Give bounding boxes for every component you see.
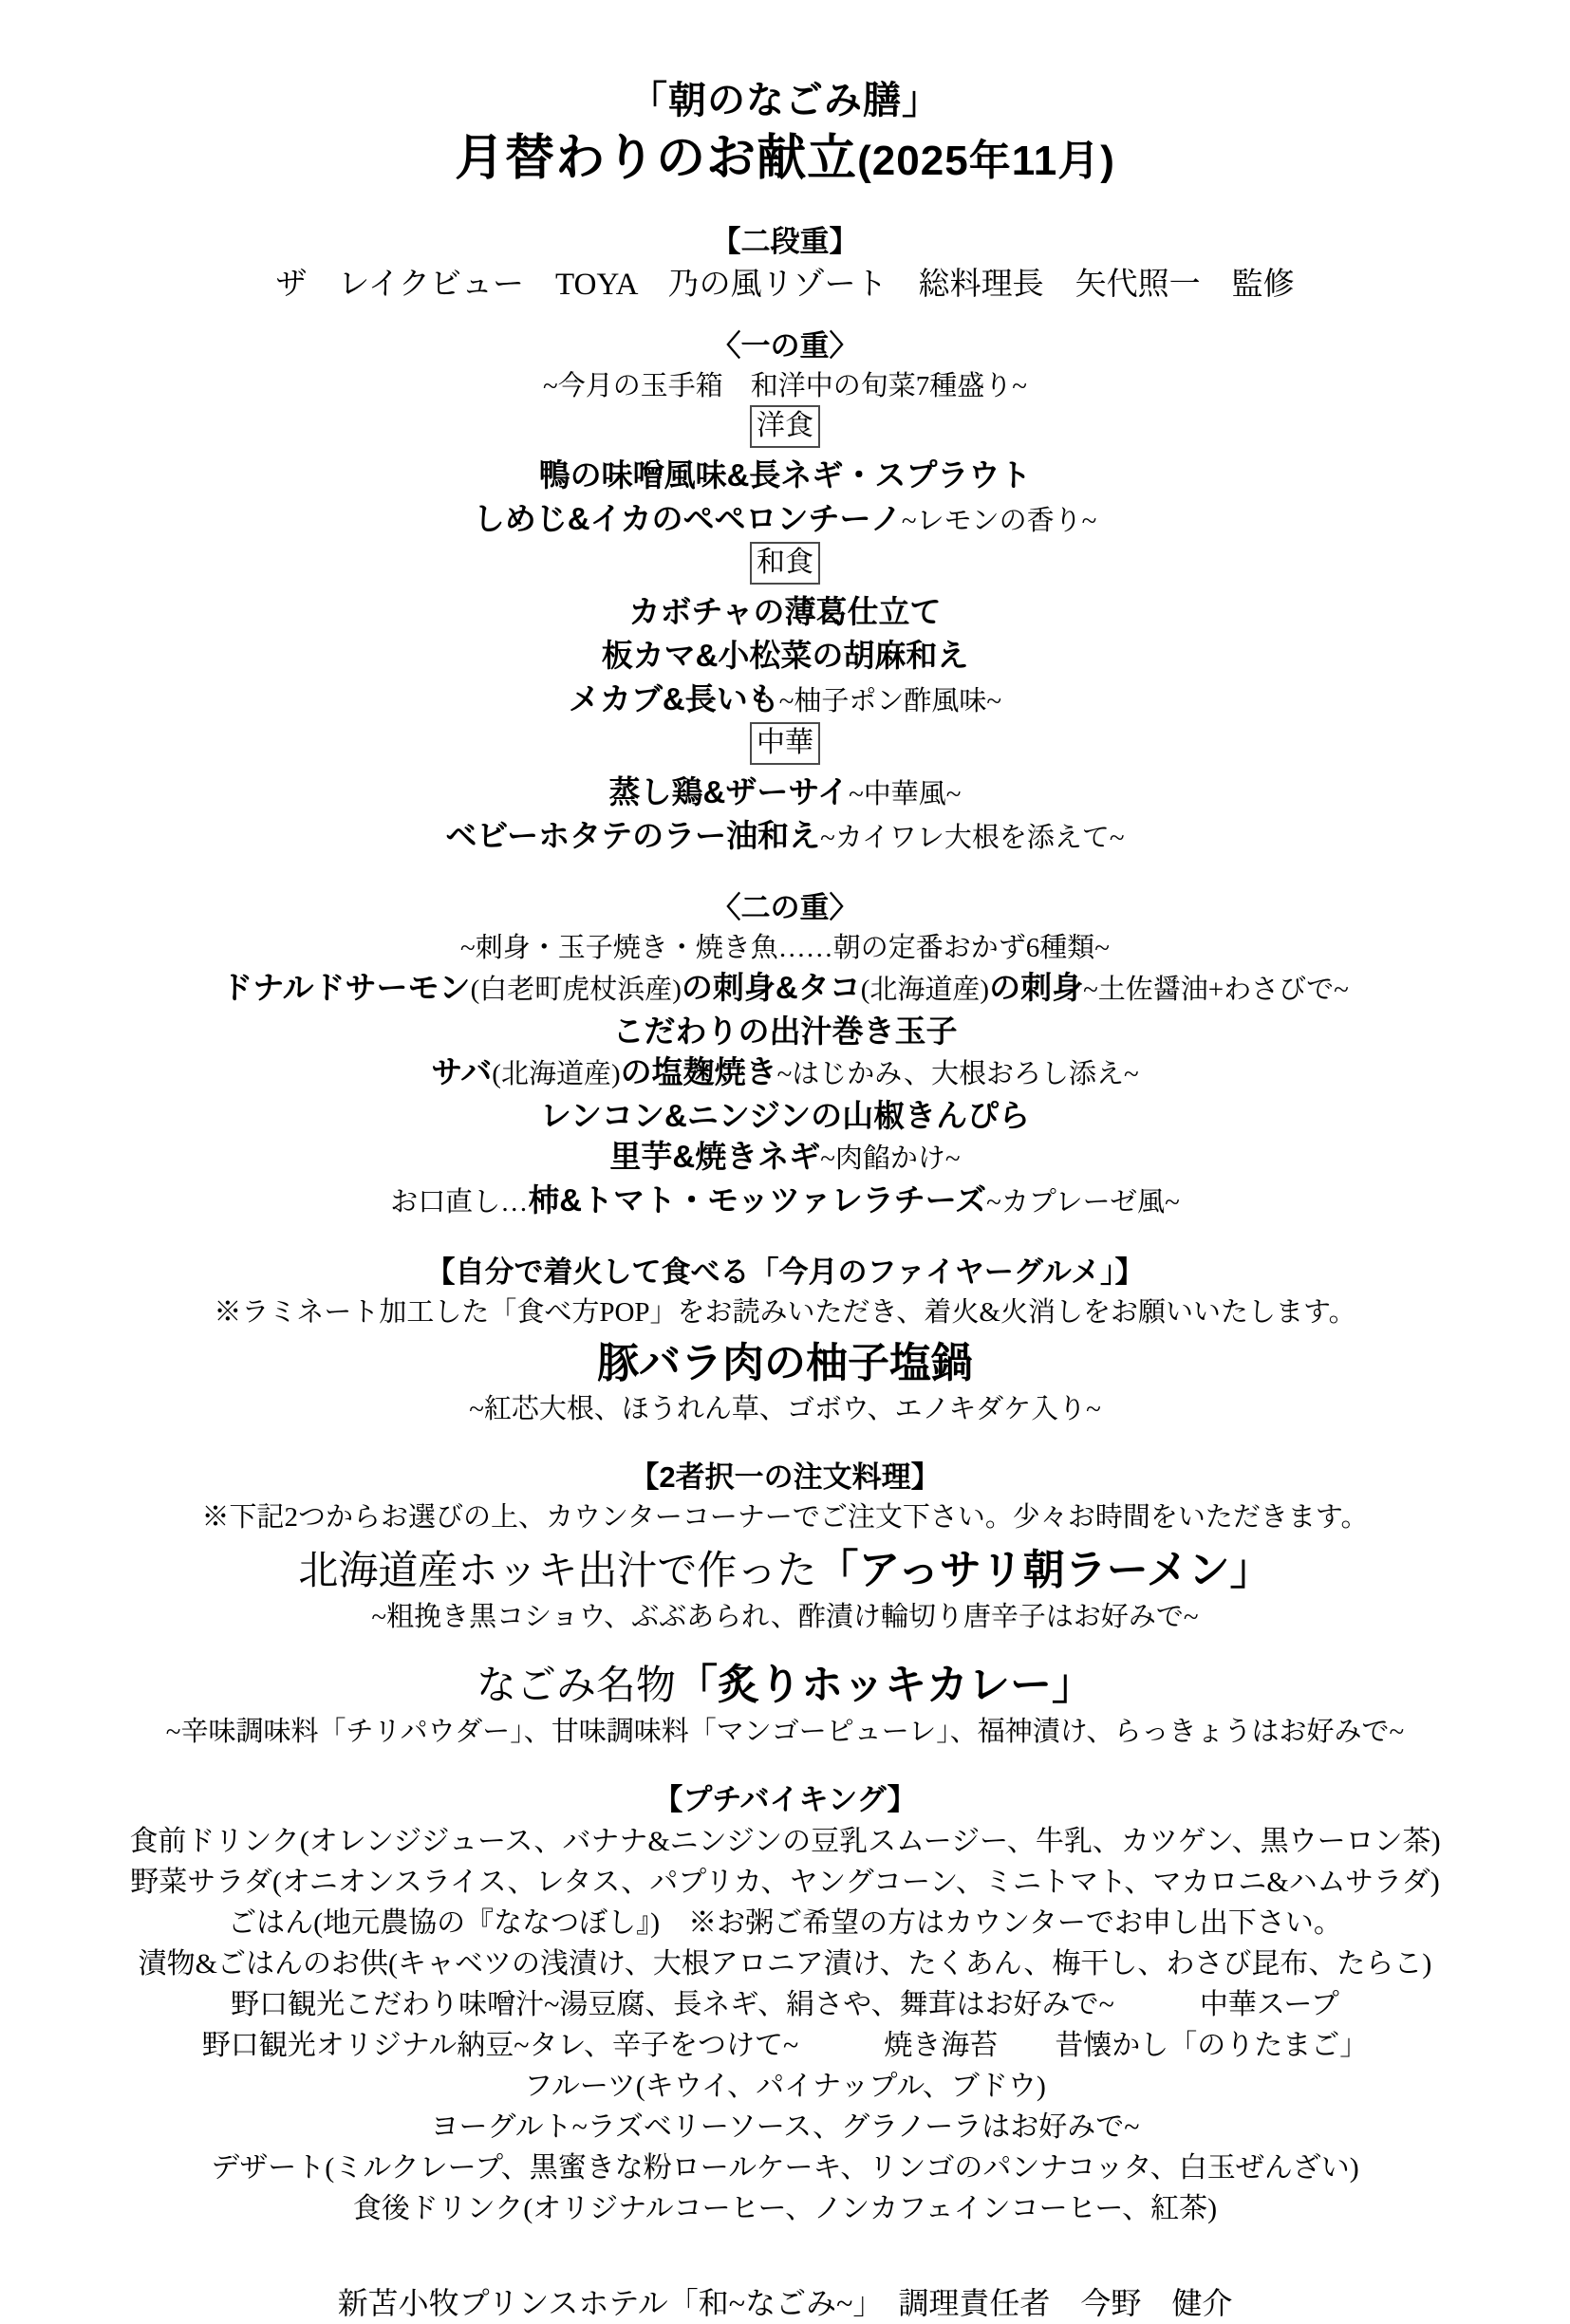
dish-main: カボチャの薄葛仕立て bbox=[628, 594, 941, 629]
dish-origin: (白老町虎杖浜産) bbox=[471, 975, 682, 1005]
buffet-line: 食前ドリンク(オレンジジュース、バナナ&ニンジンの豆乳スムージー、牛乳、カツゲン… bbox=[0, 1821, 1570, 1862]
buffet-line: デザート(ミルクレープ、黒蜜きな粉ロールケーキ、リンゴのパンナコッタ、白玉ぜんざ… bbox=[0, 2147, 1570, 2188]
ichinoju-subheading: ~今月の玉手箱 和洋中の旬菜7種盛り~ bbox=[0, 367, 1570, 405]
dish-note: ~カプレーゼ風~ bbox=[986, 1187, 1180, 1218]
section-heading-ninoju: 〈二の重〉 bbox=[0, 887, 1570, 929]
dish-line: 蒸し鶏&ザーサイ~中華風~ bbox=[0, 772, 1570, 815]
choice-note: ※下記2つからお選びの上、カウンターコーナーでご注文下さい。少々お時間をいただき… bbox=[0, 1498, 1570, 1536]
dish-line-kinpira: レンコン&ニンジンの山椒きんぴら bbox=[0, 1095, 1570, 1136]
menu-title-date: (2025年11月) bbox=[857, 138, 1115, 184]
category-badge-yoshoku: 洋食 bbox=[750, 405, 820, 448]
curry-note: ~辛味調味料「チリパウダー」、甘味調味料「マンゴーピューレ」、福神漬け、らっきょ… bbox=[0, 1713, 1570, 1751]
dish-line: しめじ&イカのペペロンチーノ~レモンの香り~ bbox=[0, 498, 1570, 542]
dish-main: メカブ&長いも bbox=[569, 681, 779, 716]
dish-note: ~肉餡かけ~ bbox=[820, 1143, 960, 1174]
dish-note: ~中華風~ bbox=[849, 779, 961, 809]
dish-origin: (北海道産) bbox=[492, 1059, 620, 1089]
section-heading-buffet: 【プチバイキング】 bbox=[0, 1779, 1570, 1821]
dish-line-curry: なごみ名物「炙りホッキカレー」 bbox=[0, 1659, 1570, 1713]
menu-title-main: 月替わりのお献立 bbox=[455, 131, 857, 186]
menu-subtitle: 「朝のなごみ膳」 bbox=[0, 74, 1570, 127]
dish-main: 「アっサリ朝ラーメン」 bbox=[816, 1547, 1271, 1593]
dish-note: ~柚子ポン酢風味~ bbox=[779, 686, 1001, 716]
supervisor-line: ザ レイクビュー TOYA 乃の風リゾート 総料理長 矢代照一 監修 bbox=[0, 263, 1570, 307]
dish-main: の刺身 bbox=[989, 970, 1083, 1005]
section-heading-choice: 【2者択一の注文料理】 bbox=[0, 1457, 1570, 1498]
category-line-chuka: 中華 bbox=[0, 722, 1570, 772]
category-badge-chuka: 中華 bbox=[750, 722, 820, 765]
dish-note: ~カイワレ大根を添えて~ bbox=[820, 823, 1125, 853]
buffet-line: 野口観光こだわり味噌汁~湯豆腐、長ネギ、絹さや、舞茸はお好みで~ 中華スープ bbox=[0, 1984, 1570, 2025]
dish-origin: (北海道産) bbox=[861, 975, 989, 1005]
dish-main: ベビーホタテのラー油和え bbox=[445, 818, 820, 853]
dish-line-ramen: 北海道産ホッキ出汁で作った「アっサリ朝ラーメン」 bbox=[0, 1544, 1570, 1598]
dish-line: 板カマ&小松菜の胡麻和え bbox=[0, 635, 1570, 679]
fire-gourmet-note: ※ラミネート加工した「食べ方POP」をお読みいただき、着火&火消しをお願いいたし… bbox=[0, 1293, 1570, 1331]
dish-main: しめじ&イカのペペロンチーノ bbox=[474, 501, 902, 536]
dish-main: の塩麹焼き bbox=[621, 1054, 777, 1089]
ninoju-subheading: ~刺身・玉子焼き・焼き魚……朝の定番おかず6種類~ bbox=[0, 929, 1570, 967]
dish-prefix: お口直し… bbox=[390, 1187, 528, 1218]
dish-note: ~土佐醤油+わさびで~ bbox=[1083, 975, 1349, 1005]
section-heading-nidanju: 【二段重】 bbox=[0, 221, 1570, 263]
dish-prefix: 北海道産ホッキ出汁で作った bbox=[298, 1550, 816, 1593]
dish-line-salmon: ドナルドサーモン(白老町虎杖浜産)の刺身&タコ(北海道産)の刺身~土佐醤油+わさ… bbox=[0, 967, 1570, 1011]
dish-line-tamago: こだわりの出汁巻き玉子 bbox=[0, 1011, 1570, 1051]
dish-line-fire-gourmet: 豚バラ肉の柚子塩鍋 bbox=[0, 1337, 1570, 1390]
footer-credit: 新苫小牧プリンスホテル「和~なごみ~」 調理責任者 今野 健介 bbox=[0, 2282, 1570, 2324]
dish-line: メカブ&長いも~柚子ポン酢風味~ bbox=[0, 679, 1570, 722]
section-heading-ichinoju: 〈一の重〉 bbox=[0, 325, 1570, 367]
buffet-line: 野菜サラダ(オニオンスライス、レタス、パプリカ、ヤングコーン、ミニトマト、マカロ… bbox=[0, 1862, 1570, 1903]
buffet-line: ヨーグルト~ラズベリーソース、グラノーラはお好みで~ bbox=[0, 2107, 1570, 2147]
category-line-washoku: 和食 bbox=[0, 542, 1570, 591]
dish-line-kuchinaoshi: お口直し…柿&トマト・モッツァレラチーズ~カプレーゼ風~ bbox=[0, 1180, 1570, 1223]
dish-main: 「炙りホッキカレー」 bbox=[676, 1662, 1093, 1708]
dish-main: 里芋&焼きネギ bbox=[609, 1139, 820, 1174]
buffet-line: ごはん(地元農協の『ななつぼし』) ※お粥ご希望の方はカウンターでお申し出下さい… bbox=[0, 1903, 1570, 1943]
dish-main: 鴨の味噌風味&長ネギ・スプラウト bbox=[539, 457, 1032, 493]
dish-main: サバ bbox=[431, 1054, 492, 1089]
menu-title: 月替わりのお献立(2025年11月) bbox=[0, 127, 1570, 193]
dish-line: 鴨の味噌風味&長ネギ・スプラウト bbox=[0, 455, 1570, 498]
dish-line: カボチャの薄葛仕立て bbox=[0, 591, 1570, 635]
ramen-note: ~粗挽き黒コショウ、ぶぶあられ、酢漬け輪切り唐辛子はお好みで~ bbox=[0, 1598, 1570, 1636]
dish-note: ~レモンの香り~ bbox=[902, 506, 1096, 536]
menu-page: 「朝のなごみ膳」 月替わりのお献立(2025年11月) 【二段重】 ザ レイクビ… bbox=[0, 0, 1570, 2324]
dish-main: 蒸し鶏&ザーサイ bbox=[609, 774, 850, 809]
buffet-line: 野口観光オリジナル納豆~タレ、辛子をつけて~ 焼き海苔 昔懐かし「のりたまご」 bbox=[0, 2025, 1570, 2066]
dish-line-satoimo: 里芋&焼きネギ~肉餡かけ~ bbox=[0, 1136, 1570, 1180]
buffet-line: 漬物&ごはんのお供(キャベツの浅漬け、大根アロニア漬け、たくあん、梅干し、わさび… bbox=[0, 1943, 1570, 1984]
dish-line: ベビーホタテのラー油和え~カイワレ大根を添えて~ bbox=[0, 815, 1570, 859]
dish-prefix: なごみ名物 bbox=[477, 1664, 676, 1708]
category-badge-washoku: 和食 bbox=[750, 542, 820, 585]
dish-main: 板カマ&小松菜の胡麻和え bbox=[602, 638, 969, 673]
buffet-line: 食後ドリンク(オリジナルコーヒー、ノンカフェインコーヒー、紅茶) bbox=[0, 2188, 1570, 2229]
dish-note: ~はじかみ、大根おろし添え~ bbox=[777, 1059, 1139, 1089]
dish-main: の刺身&タコ bbox=[682, 970, 861, 1005]
section-heading-fire-gourmet: 【自分で着火して食べる「今月のファイヤーグルメ」】 bbox=[0, 1252, 1570, 1293]
buffet-line: フルーツ(キウイ、パイナップル、ブドウ) bbox=[0, 2066, 1570, 2107]
category-line-yoshoku: 洋食 bbox=[0, 405, 1570, 455]
dish-line-saba: サバ(北海道産)の塩麹焼き~はじかみ、大根おろし添え~ bbox=[0, 1051, 1570, 1095]
fire-gourmet-dish-note: ~紅芯大根、ほうれん草、ゴボウ、エノキダケ入り~ bbox=[0, 1390, 1570, 1428]
dish-main: 柿&トマト・モッツァレラチーズ bbox=[528, 1182, 986, 1218]
dish-main: ドナルドサーモン bbox=[221, 970, 470, 1005]
